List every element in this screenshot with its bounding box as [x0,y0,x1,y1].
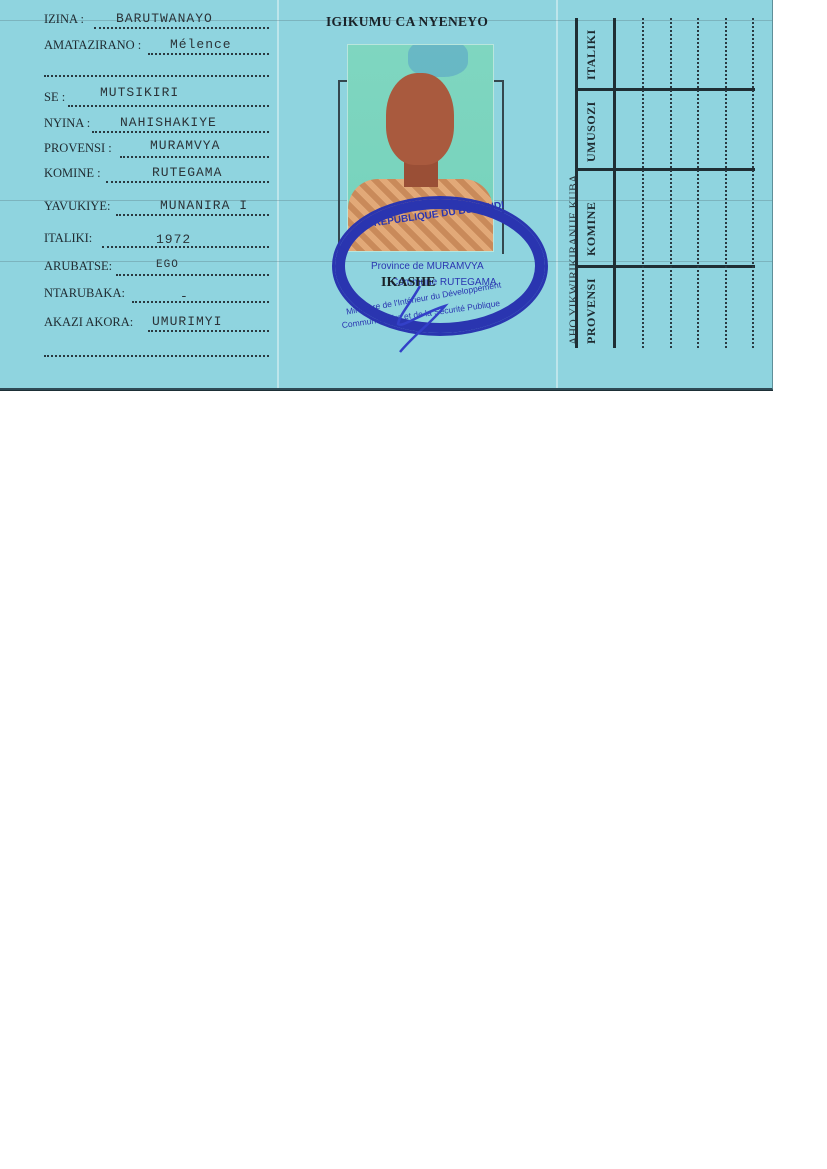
field-label: NTARUBAKA: [44,286,125,301]
dotted-line [106,181,269,183]
field-value: NAHISHAKIYE [120,115,217,130]
field-label: IZINA : [44,12,84,27]
dotted-line [148,330,269,332]
table-row-divider [575,168,755,171]
dotted-line [44,355,269,357]
table-row-divider [575,88,755,91]
field-label: ARUBATSE: [44,259,112,274]
field-value: UMURIMYI [152,314,222,329]
field-value: Mélence [170,37,232,52]
id-card: IZINA : BARUTWANAYO AMATAZIRANO : Mélenc… [0,0,773,390]
dotted-line [148,53,269,55]
table-dotted-column [725,18,727,348]
dotted-line [94,27,269,29]
stamp-line-1: Province de MURAMVYA [371,261,484,272]
field-label: ITALIKI: [44,231,92,246]
field-label: KOMINE : [44,166,101,181]
field-izina: IZINA : BARUTWANAYO [44,12,269,32]
star-icon: ★ [337,245,345,256]
column-header-provensi: PROVENSI [584,278,599,344]
field-value: RUTEGAMA [152,165,222,180]
field-italiki: ITALIKI: 1972 [44,231,269,251]
field-nyina: NYINA : NAHISHAKIYE [44,116,269,136]
dotted-line [92,131,269,133]
field-label: YAVUKIYE: [44,199,110,214]
dotted-line [120,156,269,158]
dotted-line [132,301,269,303]
dotted-line [44,75,269,77]
field-value: MURAMVYA [150,138,220,153]
field-value: - [180,289,189,304]
photo-head [386,73,454,165]
field-yavukiye: YAVUKIYE: MUNANIRA I [44,199,269,219]
table-dotted-column [752,18,754,348]
dotted-line [116,274,269,276]
dotted-line [68,105,269,107]
field-label: PROVENSI : [44,141,112,156]
star-icon: ★ [533,245,541,256]
fold-line [277,0,279,388]
field-blank-2 [44,340,269,360]
table-border [613,18,616,348]
signature-icon [390,284,460,354]
table-dotted-column [670,18,672,348]
field-label: AKAZI AKORA: [44,315,133,330]
residence-history-title: AHO YIKWIRIKIRANIJE KUBA [568,174,580,345]
fingerprint-title: IGIKUMU CA NYENEYO [326,14,488,30]
field-label: NYINA : [44,116,90,131]
table-border [575,18,578,348]
field-akazi-akora: AKAZI AKORA: UMURIMYI [44,315,269,335]
column-header-umusozi: UMUSOZI [584,101,599,162]
field-komine: KOMINE : RUTEGAMA [44,166,269,186]
field-ntarubaka: NTARUBAKA: - [44,286,269,306]
fold-line [556,0,558,388]
field-provensi: PROVENSI : MURAMVYA [44,141,269,161]
field-label: SE : [44,90,65,105]
column-header-italiki: ITALIKI [584,29,599,80]
dotted-line [116,214,269,216]
field-value: MUTSIKIRI [100,85,179,100]
column-header-komine: KOMINE [584,202,599,256]
field-value: BARUTWANAYO [116,11,213,26]
field-value: MUNANIRA I [160,198,248,213]
stamp-top-text: REPUBLIQUE DU BURUNDI [373,200,505,229]
field-value: 1972 [156,232,191,247]
table-dotted-column [642,18,644,348]
field-arubatse: ARUBATSE: EGO [44,259,269,279]
table-dotted-column [697,18,699,348]
field-amatazirano: AMATAZIRANO : Mélence [44,38,269,58]
field-label: AMATAZIRANO : [44,38,141,53]
field-value: EGO [156,259,179,271]
table-row-divider [575,265,755,268]
field-se: SE : MUTSIKIRI [44,90,269,110]
field-blank-1 [44,60,269,80]
